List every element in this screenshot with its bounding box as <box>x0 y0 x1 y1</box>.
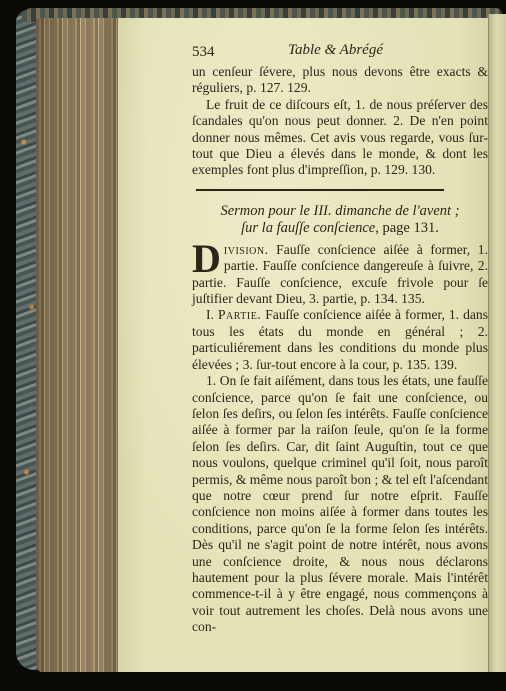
section-heading-subject: ſur la fauſſe conſcience <box>241 220 375 236</box>
bottom-shadow <box>0 672 506 691</box>
section-heading-line1: Sermon pour le III. dimanche de l'avent … <box>192 203 488 220</box>
drop-cap: D <box>192 244 221 274</box>
paragraph-fruit: Le fruit de ce diſcours eſt, 1. de nous … <box>192 97 488 179</box>
paragraph-final: 1. On ſe fait aiſément, dans tous les ét… <box>192 373 488 636</box>
facing-page-edge <box>488 14 506 674</box>
page-number: 534 <box>192 44 215 60</box>
partie-label: Partie. <box>218 307 261 322</box>
book-photo: 534 Table & Abrégé un cenſeur ſévere, pl… <box>0 0 506 691</box>
paragraph-continuation: un cenſeur ſévere, plus nous devons être… <box>192 64 488 97</box>
running-head: 534 Table & Abrégé <box>192 44 488 64</box>
book-page: 534 Table & Abrégé un cenſeur ſévere, pl… <box>118 18 488 673</box>
paragraph-division: Division. Fauſſe conſcience aiſée à form… <box>192 242 488 308</box>
page-edges <box>36 18 120 676</box>
section-heading-line2: ſur la fauſſe conſcience, page 131. <box>192 220 488 237</box>
division-label: ivision. <box>224 242 269 257</box>
section-divider <box>196 189 444 191</box>
section-heading: Sermon pour le III. dimanche de l'avent … <box>192 203 488 237</box>
section-heading-page-ref: , page 131. <box>375 220 439 236</box>
running-title: Table & Abrégé <box>288 42 383 58</box>
partie-numeral: I. <box>206 307 218 322</box>
paragraph-partie: I. Partie. Fauſſe conſcience aiſée à for… <box>192 307 488 373</box>
page-text: 534 Table & Abrégé un cenſeur ſévere, pl… <box>192 44 488 636</box>
